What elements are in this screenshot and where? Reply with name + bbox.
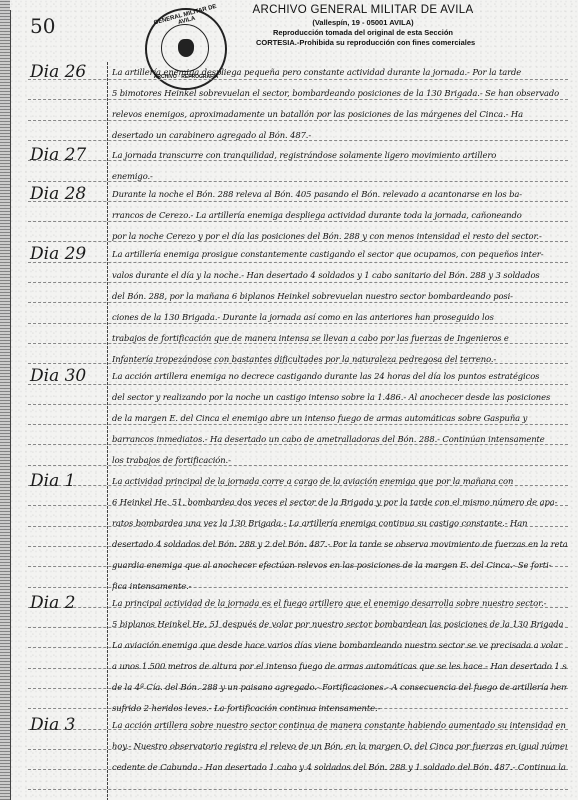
text-line: La jornada transcurre con tranquilidad, … [112,145,567,166]
text-line: a unos 1.500 metros de altura por el int… [112,656,567,677]
day-label: Dia 29 [30,244,86,264]
text-line: del sector y realizando por la noche un … [112,387,567,408]
entry-text: La artillería enemiga prosigue constante… [112,244,567,370]
document-page: 50 GENERAL MILITAR DE AVILA ARCHIVO · RE… [0,0,578,800]
text-line: barrancos inmediatos.- Ha desertado un c… [112,429,567,450]
courtesy-note: CORTESIA.-Prohibida su reproducción con … [238,38,488,47]
day-label: Dia 30 [30,366,86,386]
day-label: Dia 1 [30,471,75,491]
ruled-line [28,789,568,790]
text-line: 5 bimotores Heinkel sobrevuelan el secto… [112,83,567,104]
day-label: Dia 3 [30,715,75,735]
text-line: La acción artillera sobre nuestro sector… [112,715,567,736]
entry-text: La acción artillera sobre nuestro sector… [112,715,567,778]
text-line: trabajos de fortificación que de manera … [112,328,567,349]
archive-title: ARCHIVO GENERAL MILITAR DE AVILA [238,4,488,16]
text-line: de la 4ª Cía. del Bón. 288 y un paisano … [112,677,567,698]
text-line: La aviación enemiga que desde hace vario… [112,635,567,656]
text-line: La artillería enemiga prosigue constante… [112,244,567,265]
entry-text: La jornada transcurre con tranquilidad, … [112,145,567,187]
margin-line [10,10,11,800]
text-line: cedente de Cabunda.- Han desertado 1 cab… [112,757,567,778]
entry-text: Durante la noche el Bón. 288 releva al B… [112,184,567,247]
text-line: relevos enemigos, aproximadamente un bat… [112,104,567,125]
day-label: Dia 27 [30,145,86,165]
day-label: Dia 2 [30,593,75,613]
crest-icon [178,39,194,57]
reproduction-note: Reproducción tomada del original de esta… [238,28,488,37]
archive-header: ARCHIVO GENERAL MILITAR DE AVILA (Valles… [238,4,488,47]
entry-text: La actividad principal de la jornada cor… [112,471,567,597]
day-label: Dia 26 [30,62,86,82]
day-label: Dia 28 [30,184,86,204]
text-line: desertado un carabinero agregado al Bón.… [112,125,567,146]
text-line: los trabajos de fortificación.- [112,450,567,471]
text-line: del Bón. 288, por la mañana 6 biplanos H… [112,286,567,307]
text-line: desertado 4 soldados del Bón. 288 y 2 de… [112,534,567,555]
text-line: La principal actividad de la jornada es … [112,593,567,614]
text-line: La artillería enemiga despliega pequeña … [112,62,567,83]
entry-text: La artillería enemiga despliega pequeña … [112,62,567,146]
text-line: de la margen E. del Cinca el enemigo abr… [112,408,567,429]
text-line: La acción artillera enemiga no decrece c… [112,366,567,387]
text-line: La actividad principal de la jornada cor… [112,471,567,492]
binding-edge [0,0,10,800]
text-line: valos durante el día y la noche.- Han de… [112,265,567,286]
text-line: guardia enemiga que al anochecer efectúa… [112,555,567,576]
text-line: Durante la noche el Bón. 288 releva al B… [112,184,567,205]
column-divider [107,62,108,800]
entry-text: La principal actividad de la jornada es … [112,593,567,719]
archive-address: (Vallespín, 19 - 05001 AVILA) [238,18,488,27]
entry-text: La acción artillera enemiga no decrece c… [112,366,567,471]
text-line: 5 biplanos Heinkel He. 51 después de vol… [112,614,567,635]
text-line: ciones de la 130 Brigada.- Durante la jo… [112,307,567,328]
text-line: ratos bombardea una vez la 130 Brigada.-… [112,513,567,534]
text-line: 6 Heinkel He. 51, bombardea dos veces el… [112,492,567,513]
text-line: rrancos de Cerezo.- La artillería enemig… [112,205,567,226]
text-line: hoy.- Nuestro observatorio registra el r… [112,736,567,757]
page-number: 50 [30,14,55,38]
